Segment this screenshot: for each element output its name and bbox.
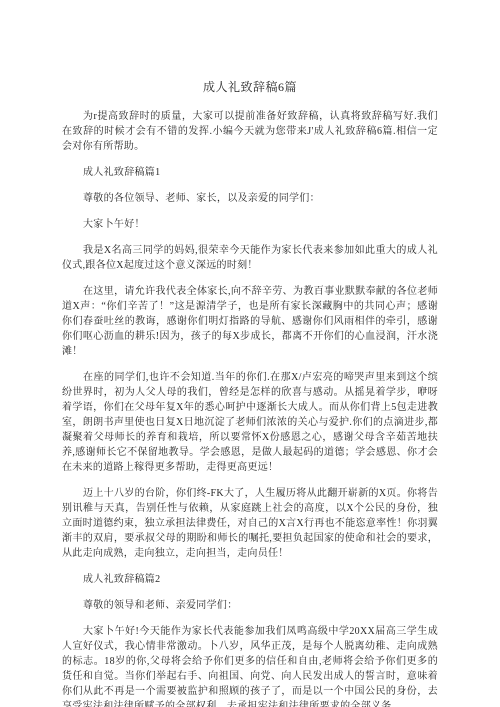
- part1-paragraph-4: 迈上十八岁的台阶，你们终-FK大了，人生履历将从此翻开崭新的X页。你将告别讯稚与…: [62, 486, 438, 561]
- document-page: 成人礼致辞稿6篇 为r提高致辞时的质量，大家可以提前准备好致辞稿，认真将致辞稿写…: [0, 0, 500, 707]
- intro-paragraph: 为r提高致辞时的质量，大家可以提前准备好致辞稿，认真将致辞稿写好.我们在致辞的时…: [62, 109, 438, 154]
- document-title: 成人礼致辞稿6篇: [62, 80, 438, 95]
- part1-greeting: 大家卜午好！: [62, 217, 438, 232]
- part1-paragraph-1: 我是X名高三同学的妈妈,很荣幸今天能作为家长代表来参加如此重大的成人礼仪式,跟各…: [62, 243, 438, 273]
- part1-paragraph-2: 在这里，请允许我代表全体家长,向不辞辛劳、为教百事业默默奉献的各位老师道X声：“…: [62, 284, 438, 359]
- part2-paragraph-1: 大家卜午好!今天能作为家长代表能参加我们凤鸣高级中学20XX届高三学生成人宣好仪…: [62, 624, 438, 707]
- part1-heading: 成人礼致辞稿篇1: [62, 165, 438, 180]
- part2-heading: 成人礼致辞稿篇2: [62, 572, 438, 587]
- part2-salutation: 尊敬的领导和老师、亲爱同学们：: [62, 598, 438, 613]
- part1-salutation: 尊敬的各位领导、老师、家长，以及亲爱的同学们：: [62, 191, 438, 206]
- part1-paragraph-3: 在座的同学们,也许不会知道.当年的你们.在那X/卢宏亮的啼哭声里来到这个缤纷世界…: [62, 370, 438, 475]
